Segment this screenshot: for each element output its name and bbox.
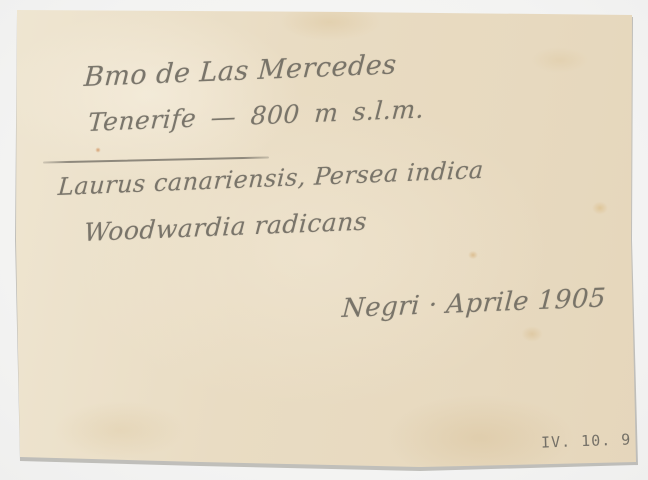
- catalog-number: IV. 10. 9: [541, 430, 632, 451]
- handwriting-location: Bmo de Las Mercedes: [83, 49, 398, 93]
- pencil-divider-line: [43, 156, 269, 163]
- postcard-verso: Bmo de Las Mercedes Tenerife — 800 m s.l…: [0, 0, 648, 480]
- handwriting-signature-date: Negri · Aprile 1905: [341, 283, 607, 324]
- handwriting-species-line-2: Woodwardia radicans: [83, 207, 368, 247]
- scan-backdrop: Bmo de Las Mercedes Tenerife — 800 m s.l…: [0, 0, 648, 480]
- handwriting-island-altitude: Tenerife — 800 m s.l.m.: [87, 94, 425, 137]
- handwriting-species-line-1: Laurus canariensis, Persea indica: [57, 156, 485, 201]
